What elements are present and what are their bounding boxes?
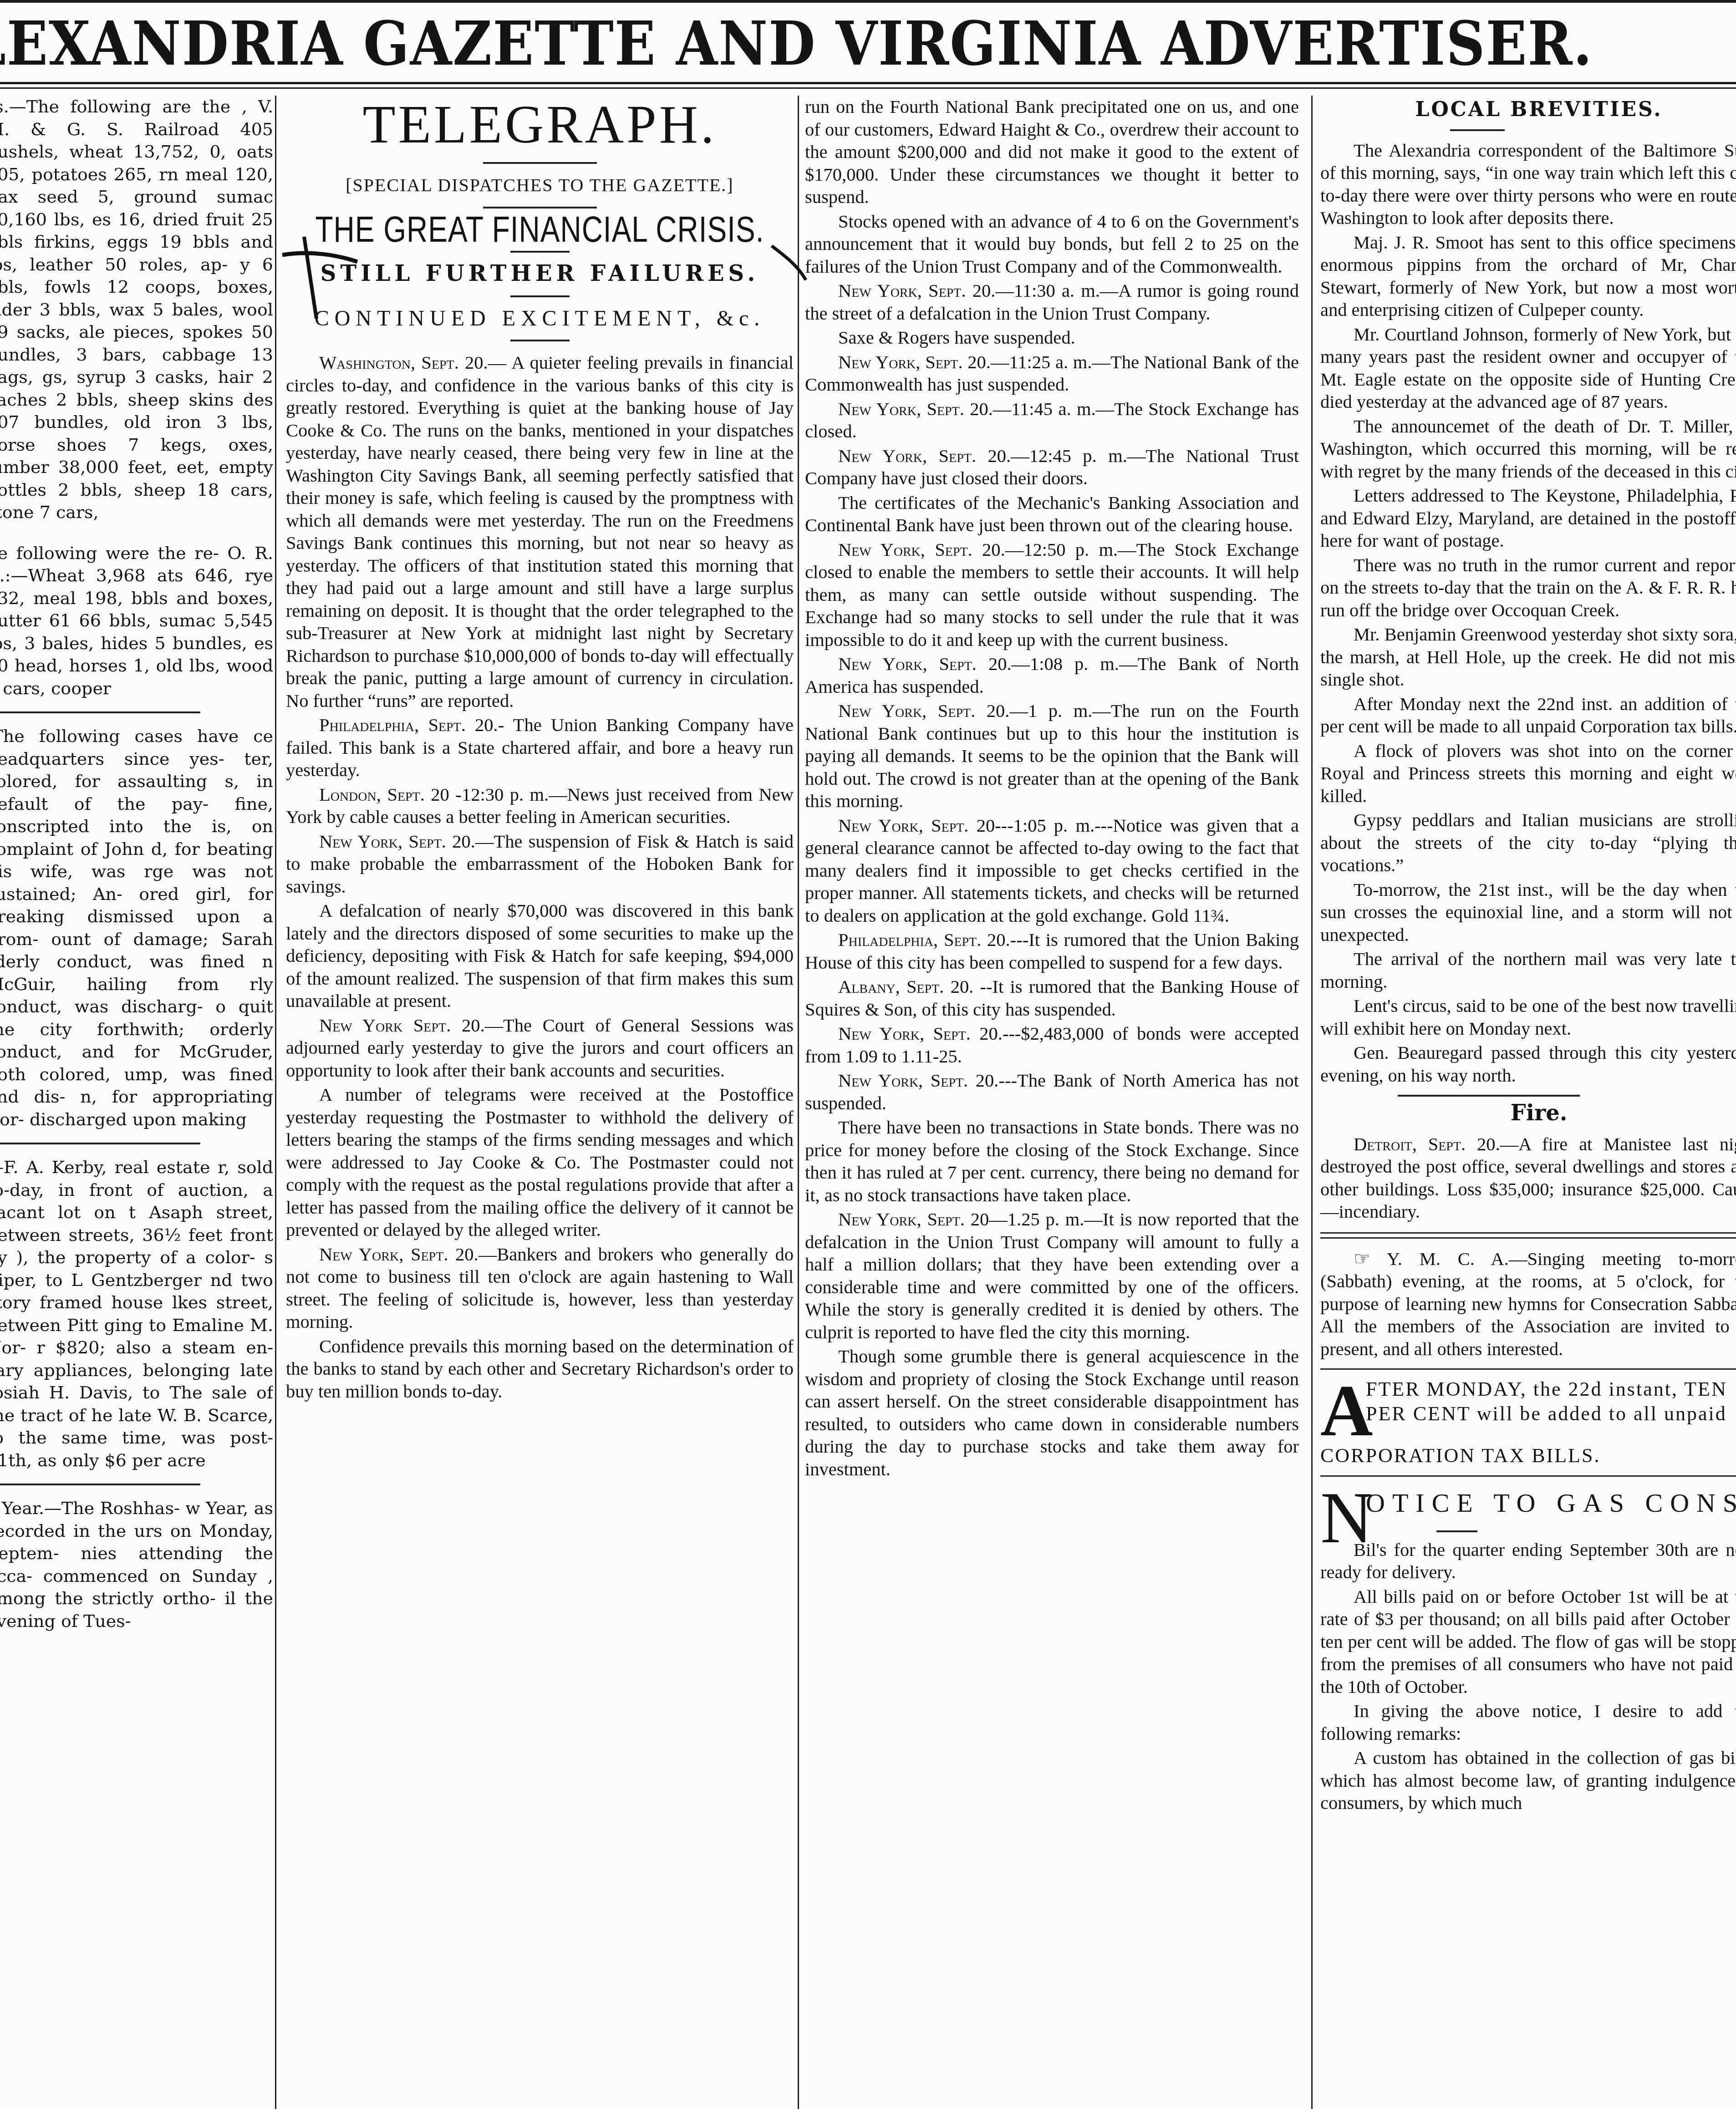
- dispatch-bankers-brokers: New York, Sept. 20.—Bankers and brokers …: [286, 1243, 794, 1333]
- railroad-receipts-vmgs: rs.—The following are the , V. M. & G. S…: [0, 96, 273, 524]
- dispatch-court-sessions: New York Sept. 20.—The Court of General …: [286, 1014, 794, 1082]
- newspaper-page: LEXANDRIA GAZETTE AND VIRGINIA ADVERTISE…: [0, 0, 1736, 2109]
- left-column-commercial: rs.—The following are the , V. M. & G. S…: [0, 96, 273, 2109]
- dispatch-defalcation: A defalcation of nearly $70,000 was disc…: [286, 900, 794, 1012]
- section-title-fire: Fire.: [1320, 1102, 1736, 1125]
- local-item: The arrival of the northern mail was ver…: [1320, 948, 1736, 993]
- special-dispatches-label: [SPECIAL DISPATCHES TO THE GAZETTE.]: [286, 174, 794, 197]
- divider: [510, 295, 570, 297]
- dispatch-1250: New York, Sept. 20.—12:50 p. m.—The Stoc…: [805, 539, 1299, 651]
- dispatch-washington: Washington, Sept. 20.— A quieter feeling…: [286, 351, 794, 712]
- dispatch-saxe-rogers: Saxe & Rogers have suspended.: [805, 326, 1299, 349]
- gas-notice-paragraph: A custom has obtained in the collection …: [1320, 1747, 1736, 1814]
- gas-notice-paragraph: In giving the above notice, I desire to …: [1320, 1700, 1736, 1745]
- local-item: After Monday next the 22nd inst. an addi…: [1320, 693, 1736, 738]
- section-title-local-brevities: LOCAL BREVITIES.: [1320, 98, 1736, 121]
- masthead-title: LEXANDRIA GAZETTE AND VIRGINIA ADVERTISE…: [0, 8, 1653, 80]
- local-item: To-morrow, the 21st inst., will be the d…: [1320, 879, 1736, 946]
- masthead-bottom-rule: [0, 82, 1736, 84]
- jewish-new-year: v Year.—The Roshhas- w Year, as recorded…: [0, 1497, 273, 1632]
- dispatches-continued-column: run on the Fourth National Bank precipit…: [805, 96, 1299, 2109]
- local-item: Letters addressed to The Keystone, Phila…: [1320, 484, 1736, 552]
- ymca-notice: ☞ Y. M. C. A.—Singing meeting to-morrow …: [1320, 1248, 1736, 1361]
- divider: [1450, 129, 1505, 131]
- dispatch-london: London, Sept. 20 -12:30 p. m.—News just …: [286, 783, 794, 828]
- gas-notice-header: N OTICE TO GAS CONSUMERS.: [1320, 1485, 1736, 1540]
- local-item: A flock of plovers was shot into on the …: [1320, 740, 1736, 808]
- pointing-hand-icon: ☞: [1354, 1249, 1370, 1269]
- gas-notice-paragraph: All bills paid on or before October 1st …: [1320, 1586, 1736, 1698]
- dispatch-acquiescence: Though some grumble there is general acq…: [805, 1345, 1299, 1480]
- local-item: Lent's circus, said to be one of the bes…: [1320, 995, 1736, 1040]
- divider: [0, 711, 200, 713]
- local-item: Mr. Courtland Johnson, formerly of New Y…: [1320, 323, 1736, 413]
- divider: [1320, 1368, 1736, 1370]
- dispatch-albany: Albany, Sept. 20. --It is rumored that t…: [805, 976, 1299, 1021]
- fire-report: Detroit, Sept. 20.—A fire at Manistee la…: [1320, 1133, 1736, 1223]
- double-divider: [1320, 1232, 1736, 1239]
- dispatch-1pm: New York, Sept. 20.—1 p. m.—The run on t…: [805, 700, 1299, 813]
- real-estate-sales: —F. A. Kerby, real estate r, sold to-day…: [0, 1156, 273, 1472]
- gas-notice-paragraph: Bil's for the quarter ending September 3…: [1320, 1539, 1736, 1584]
- masthead-top-rule: [0, 0, 1736, 3]
- deck-continued-excitement: CONTINUED EXCITEMENT, &c.: [286, 307, 794, 330]
- dispatch-philadelphia-rumor: Philadelphia, Sept. 20.---It is rumored …: [805, 929, 1299, 974]
- police-court-cases: -The following cases have ce headquarter…: [0, 725, 273, 1131]
- dropcap-n: N: [1320, 1481, 1373, 1554]
- dispatch-new-york-fisk-hatch: New York, Sept. 20.—The suspension of Fi…: [286, 830, 794, 898]
- dispatch-125: New York, Sept. 20—1.25 p. m.—It is now …: [805, 1208, 1299, 1343]
- tax-bills-notice-line3: CORPORATION TAX BILLS.: [1320, 1444, 1736, 1467]
- dispatch-telegrams-postoffice: A number of telegrams were received at t…: [286, 1083, 794, 1241]
- dispatch-1125: New York, Sept. 20.—11:25 a. m.—The Nati…: [805, 351, 1299, 396]
- local-item: Gen. Beauregard passed through this city…: [1320, 1042, 1736, 1087]
- dispatch-stocks-opened: Stocks opened with an advance of 4 to 6 …: [805, 210, 1299, 278]
- dispatch-bank-north-america: New York, Sept. 20.---The Bank of North …: [805, 1069, 1299, 1114]
- dispatch-1245: New York, Sept. 20.—12:45 p. m.—The Nati…: [805, 445, 1299, 490]
- column-rule: [1311, 96, 1313, 2109]
- dispatch-certificates: The certificates of the Mechanic's Banki…: [805, 492, 1299, 537]
- deck-still-further-failures: STILL FURTHER FAILURES.: [286, 263, 794, 285]
- divider: [1398, 1095, 1580, 1097]
- dispatch-continued: run on the Fourth National Bank precipit…: [805, 96, 1299, 208]
- dispatch-105: New York, Sept. 20---1:05 p. m.---Notice…: [805, 814, 1299, 927]
- section-title-telegraph: TELEGRAPH.: [286, 97, 794, 152]
- divider: [483, 162, 597, 164]
- divider: [510, 340, 570, 341]
- divider: [0, 1143, 200, 1144]
- dispatch-bonds-accepted: New York, Sept. 20.---$2,483,000 of bond…: [805, 1022, 1299, 1067]
- column-rule: [275, 96, 276, 2109]
- dispatch-1145: New York, Sept. 20.—11:45 a. m.—The Stoc…: [805, 398, 1299, 443]
- divider: [1320, 1475, 1736, 1477]
- local-brevities-column: LOCAL BREVITIES. The Alexandria correspo…: [1320, 96, 1736, 2109]
- railroad-receipts-oarr: he following were the re- O. R. R.:—Whea…: [0, 542, 273, 700]
- dispatch-state-bonds: There have been no transactions in State…: [805, 1116, 1299, 1206]
- dropcap-a: A: [1320, 1374, 1373, 1447]
- local-item: There was no truth in the rumor current …: [1320, 554, 1736, 622]
- divider: [0, 1484, 200, 1485]
- dispatch-philadelphia: Philadelphia, Sept. 20.- The Union Banki…: [286, 714, 794, 782]
- gas-notice-title: OTICE TO GAS CONSUMERS.: [1366, 1485, 1736, 1521]
- headline-financial-crisis: THE GREAT FINANCIAL CRISIS.: [286, 215, 794, 244]
- local-item: The announcemet of the death of Dr. T. M…: [1320, 415, 1736, 483]
- masthead-bottom-rule-thin: [0, 87, 1736, 89]
- dispatch-108: New York, Sept. 20.—1:08 p. m.—The Bank …: [805, 653, 1299, 698]
- column-rule: [798, 96, 799, 2109]
- dispatch-1130: New York, Sept. 20.—11:30 a. m.—A rumor …: [805, 280, 1299, 325]
- local-item: The Alexandria correspondent of the Balt…: [1320, 139, 1736, 229]
- local-item: Mr. Benjamin Greenwood yesterday shot si…: [1320, 623, 1736, 691]
- local-item: Maj. J. R. Smoot has sent to this office…: [1320, 231, 1736, 321]
- dispatch-confidence: Confidence prevails this morning based o…: [286, 1335, 794, 1403]
- tax-bills-notice: A FTER MONDAY, the 22d instant, TEN PER …: [1320, 1378, 1736, 1446]
- divider: [510, 251, 570, 253]
- telegraph-column: TELEGRAPH. [SPECIAL DISPATCHES TO THE GA…: [286, 96, 794, 2109]
- local-item: Gypsy peddlars and Italian musicians are…: [1320, 809, 1736, 877]
- divider: [483, 207, 597, 208]
